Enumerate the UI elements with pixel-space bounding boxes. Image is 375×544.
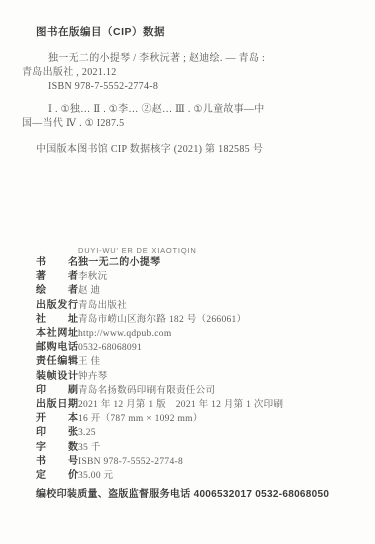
colophon-label: 装帧设计	[36, 370, 78, 384]
colophon-table: DUYI-WU' ER DE XIAOTIQIN 书名 独一无二的小提琴 著者 …	[22, 245, 357, 483]
colophon-label: 著者	[36, 270, 78, 284]
colophon-row-illustrator: 绘者 赵 迪	[22, 284, 357, 298]
quality-hotline: 编校印装质量、盗版监督服务电话 4006532017 0532-68068050	[36, 485, 357, 500]
colophon-value: 16 开（787 mm × 1092 mm）	[78, 412, 203, 426]
title-pinyin: DUYI-WU' ER DE XIAOTIQIN	[78, 245, 357, 256]
colophon-value: 王 佳	[78, 355, 100, 369]
colophon-value: 赵 迪	[78, 284, 100, 298]
colophon-value: 青岛出版社	[78, 299, 127, 313]
colophon-row-designer: 装帧设计 钟卉琴	[22, 370, 357, 384]
colophon-label: 社址	[36, 313, 78, 327]
colophon-label: 出版发行	[36, 299, 78, 313]
cip-class-line-2: 国—当代 Ⅳ . ① I287.5	[22, 117, 357, 131]
cip-class-line-1: Ⅰ . ①独… Ⅱ . ①李… ②赵… Ⅲ . ①儿童故事—中	[22, 103, 357, 117]
colophon-value: 李秋沅	[78, 270, 107, 284]
colophon-row-isbn: 书号 ISBN 978-7-5552-2774-8	[22, 455, 357, 469]
cip-classification: Ⅰ . ①独… Ⅱ . ①李… ②赵… Ⅲ . ①儿童故事—中 国—当代 Ⅳ .…	[22, 103, 357, 131]
colophon-row-publisher: 出版发行 青岛出版社	[22, 299, 357, 313]
cip-record-line-2: 青岛出版社 , 2021.12	[22, 66, 357, 80]
colophon-row-sheets: 印张 3.25	[22, 426, 357, 440]
colophon-label: 开本	[36, 412, 78, 426]
colophon-label: 出版日期	[36, 398, 78, 412]
colophon-value: 3.25	[78, 426, 96, 440]
colophon-label: 印张	[36, 426, 78, 440]
colophon-label: 本社网址	[36, 327, 78, 341]
copyright-page: 图书在版编目（CIP）数据 独一无二的小提琴 / 李秋沅著 ; 赵迪绘. — 青…	[0, 0, 375, 544]
website-url: http://www.qdpub.com	[78, 327, 172, 341]
colophon-label: 邮购电话	[36, 341, 78, 355]
colophon-row-price: 定价 35.00 元	[22, 469, 357, 483]
colophon-value: 0532-68068091	[78, 341, 142, 355]
cip-header: 图书在版编目（CIP）数据	[36, 24, 357, 39]
colophon-row-editor: 责任编辑 王 佳	[22, 355, 357, 369]
colophon-row-word-count: 字数 35 千	[22, 441, 357, 455]
colophon-value: 钟卉琴	[78, 370, 107, 384]
colophon-row-book-title: 书名 独一无二的小提琴	[22, 256, 357, 270]
colophon-row-order-phone: 邮购电话 0532-68068091	[22, 341, 357, 355]
colophon-label: 定价	[36, 469, 78, 483]
cip-record-line-1: 独一无二的小提琴 / 李秋沅著 ; 赵迪绘. — 青岛 :	[22, 52, 357, 66]
colophon-row-website: 本社网址 http://www.qdpub.com	[22, 327, 357, 341]
colophon-label: 绘者	[36, 284, 78, 298]
colophon-value: 独一无二的小提琴	[78, 256, 160, 270]
colophon-value: ISBN 978-7-5552-2774-8	[78, 455, 183, 469]
colophon-row-pub-date: 出版日期 2021 年 12 月第 1 版 2021 年 12 月第 1 次印刷	[22, 398, 357, 412]
colophon-value: 2021 年 12 月第 1 版 2021 年 12 月第 1 次印刷	[78, 398, 283, 412]
colophon-label: 字数	[36, 441, 78, 455]
colophon-value: 35.00 元	[78, 469, 113, 483]
colophon-value: 青岛名扬数码印刷有限责任公司	[78, 384, 215, 398]
cip-record: 独一无二的小提琴 / 李秋沅著 ; 赵迪绘. — 青岛 : 青岛出版社 , 20…	[22, 52, 357, 94]
colophon-row-author: 著者 李秋沅	[22, 270, 357, 284]
cip-registry-line: 中国版本图书馆 CIP 数据核字 (2021) 第 182585 号	[36, 140, 357, 155]
colophon-label: 书名	[36, 256, 78, 270]
colophon-label: 印刷	[36, 384, 78, 398]
colophon-value: 35 千	[78, 441, 101, 455]
colophon-row-printer: 印刷 青岛名扬数码印刷有限责任公司	[22, 384, 357, 398]
colophon-label: 责任编辑	[36, 355, 78, 369]
colophon-label: 书号	[36, 455, 78, 469]
colophon-value: 青岛市崂山区海尔路 182 号（266061）	[78, 313, 246, 327]
colophon-row-address: 社址 青岛市崂山区海尔路 182 号（266061）	[22, 313, 357, 327]
cip-isbn-line: ISBN 978-7-5552-2774-8	[22, 80, 357, 94]
colophon-row-format: 开本 16 开（787 mm × 1092 mm）	[22, 412, 357, 426]
